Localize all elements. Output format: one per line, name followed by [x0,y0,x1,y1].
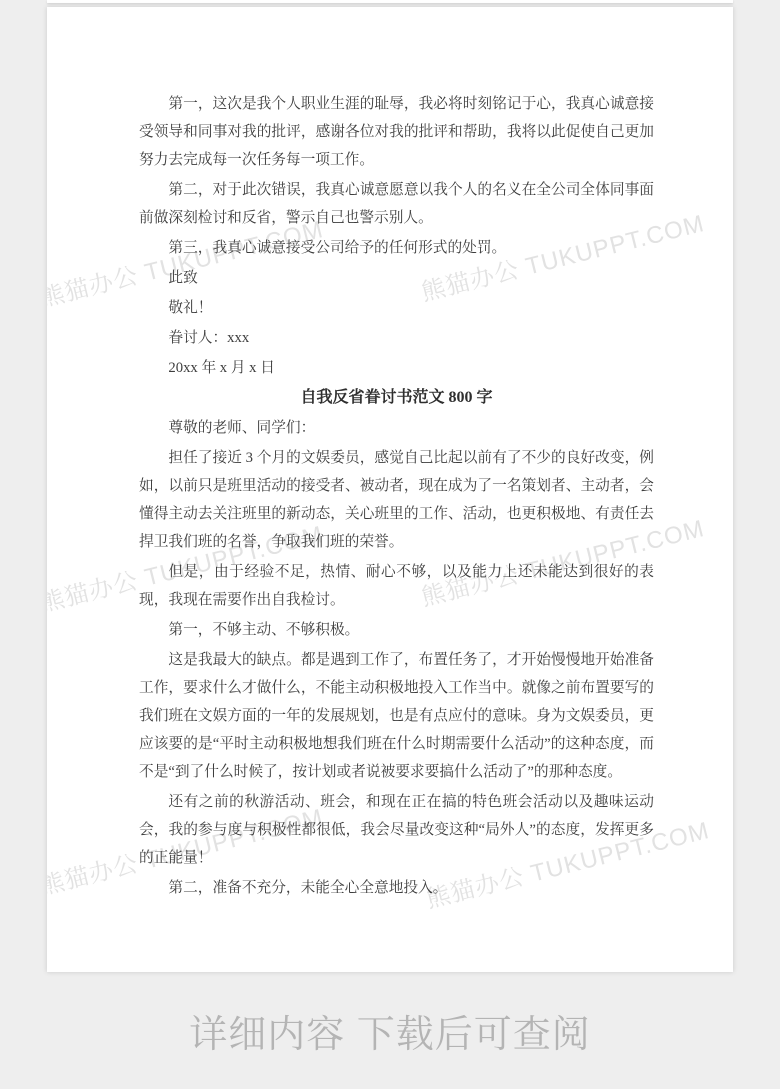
document-page: 熊猫办公 TUKUPPT.COM 熊猫办公 TUKUPPT.COM 熊猫办公 T… [47,7,733,972]
doc-paragraph: 第三，我真心诚意接受公司给予的任何形式的处罚。 [139,234,654,262]
doc-paragraph: 尊敬的老师、同学们： [139,414,654,442]
doc-paragraph: 这是我最大的缺点。都是遇到工作了，布置任务了，才开始慢慢地开始准备工作，要求什么… [139,646,654,786]
doc-paragraph: 但是，由于经验不足，热情、耐心不够，以及能力上还未能达到很好的表现，我现在需要作… [139,558,654,614]
document-body: 第一，这次是我个人职业生涯的耻辱，我必将时刻铭记于心，我真心诚意接受领导和同事对… [139,90,654,904]
doc-paragraph: 第一，不够主动、不够积极。 [139,616,654,644]
doc-paragraph: 敬礼！ [139,294,654,322]
doc-paragraph: 第一，这次是我个人职业生涯的耻辱，我必将时刻铭记于心，我真心诚意接受领导和同事对… [139,90,654,174]
doc-paragraph: 担任了接近 3 个月的文娱委员，感觉自己比起以前有了不少的良好改变，例如，以前只… [139,444,654,556]
doc-paragraph: 此致 [139,264,654,292]
preview-canvas: 熊猫办公 TUKUPPT.COM 熊猫办公 TUKUPPT.COM 熊猫办公 T… [0,0,780,1089]
doc-paragraph: 第二，准备不充分，未能全心全意地投入。 [139,874,654,902]
footer-note: 详细内容 下载后可查阅 [0,972,780,1089]
doc-title: 自我反省眷讨书范文 800 字 [139,384,654,412]
doc-paragraph: 20xx 年 x 月 x 日 [139,354,654,382]
doc-paragraph: 第二，对于此次错误，我真心诚意愿意以我个人的名义在全公司全体同事面前做深刻检讨和… [139,176,654,232]
previous-page-edge [47,0,733,3]
doc-paragraph: 眷讨人：xxx [139,324,654,352]
doc-paragraph: 还有之前的秋游活动、班会，和现在正在搞的特色班会活动以及趣味运动会，我的参与度与… [139,788,654,872]
